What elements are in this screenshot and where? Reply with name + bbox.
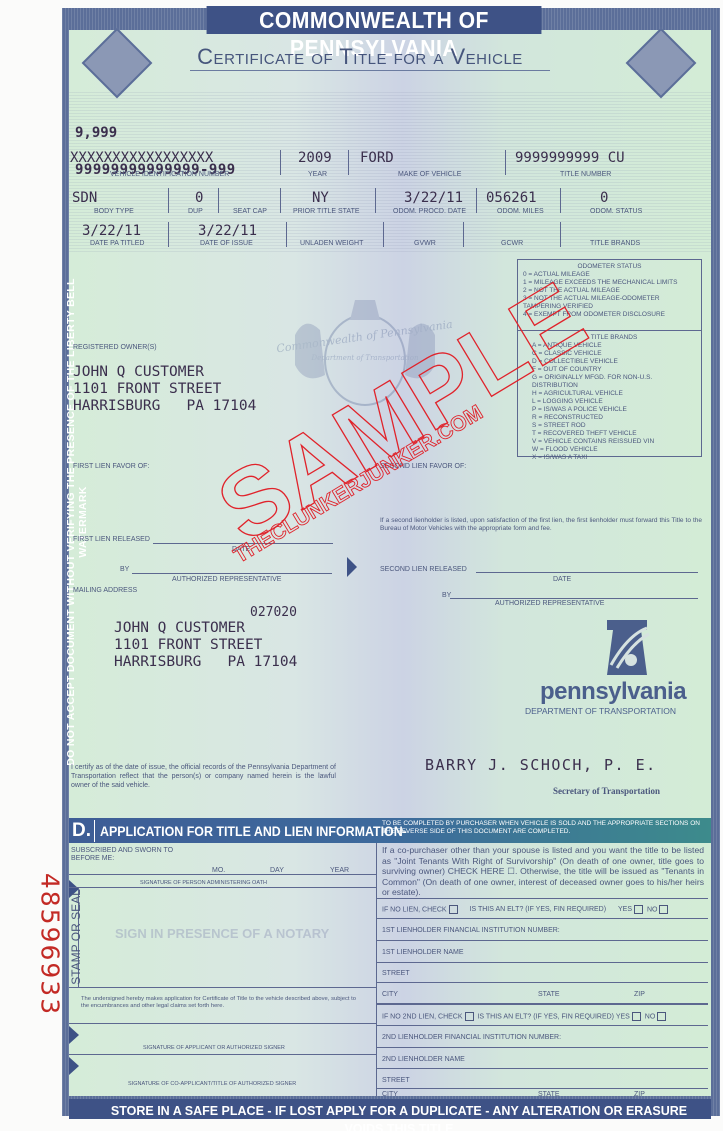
second-name-label[interactable]: 2ND LIENHOLDER NAME <box>382 1056 465 1063</box>
top-code: 9,999 <box>75 125 117 141</box>
arrow-marker-icon <box>347 557 357 577</box>
second-lien-released-label: SECOND LIEN RELEASED <box>380 566 467 573</box>
applicant-text: The undersigned hereby makes application… <box>81 996 356 1010</box>
divider <box>377 1068 708 1069</box>
divider <box>377 1003 708 1005</box>
second-fin-label[interactable]: 2ND LIENHOLDER FINANCIAL INSTITUTION NUM… <box>382 1034 561 1041</box>
odom-miles-label: ODOM. MILES <box>497 208 544 215</box>
certification-text: I certify as of the date of issue, the o… <box>71 763 336 790</box>
divider <box>286 222 287 247</box>
notary-note: SIGN IN PRESENCE OF A NOTARY <box>115 926 329 941</box>
signer-title: Secretary of Transportation <box>553 786 660 796</box>
divider <box>280 188 281 213</box>
no-2nd-lien-checkbox[interactable] <box>465 1012 474 1021</box>
no-2nd-lien-label: IF NO 2ND LIEN, CHECK <box>382 1013 463 1020</box>
applicant-signature-line[interactable] <box>69 1054 376 1055</box>
vin-label: VEHICLE IDENTIFICATION NUMBER <box>110 171 229 178</box>
odom-date-label: ODOM. PROCD. DATE <box>393 208 466 215</box>
divider <box>280 150 281 175</box>
date-label: DATE <box>553 576 571 583</box>
first-street-label[interactable]: STREET <box>382 970 410 977</box>
mailing-label: MAILING ADDRESS <box>73 587 137 594</box>
divider <box>218 188 219 213</box>
no-label: NO <box>645 1013 656 1020</box>
owner-block: JOHN Q CUSTOMER 1101 FRONT STREET HARRIS… <box>73 364 256 415</box>
serial-number: 48596933 <box>36 855 65 1035</box>
second-street-label[interactable]: STREET <box>382 1077 410 1084</box>
second-no-lien-row: IF NO 2ND LIEN, CHECK IS THIS AN ELT? (I… <box>382 1012 668 1021</box>
brand-item: P = IS/WAS A POLICE VEHICLE <box>532 406 696 414</box>
brand-item: W = FLOOD VEHICLE <box>532 446 696 454</box>
unladen-weight-label: UNLADEN WEIGHT <box>300 240 363 247</box>
no-lien-label: IF NO LIEN, CHECK <box>382 906 447 913</box>
odom-date-value: 3/22/11 <box>404 190 463 206</box>
date-of-issue-value: 3/22/11 <box>198 223 257 239</box>
year-value: 2009 <box>298 150 332 166</box>
mailing-city: HARRISBURG PA 17104 <box>114 654 297 671</box>
gvwr-label: GVWR <box>414 240 436 247</box>
divider <box>383 222 384 247</box>
date-pa-titled-value: 3/22/11 <box>82 223 141 239</box>
no-lien-checkbox[interactable] <box>449 905 458 914</box>
second-lien-date-line[interactable] <box>476 572 698 573</box>
odom-miles-value: 056261 <box>486 190 537 206</box>
divider <box>463 222 464 247</box>
brand-item: H = AGRICULTURAL VEHICLE <box>532 390 696 398</box>
elt2-no-checkbox[interactable] <box>657 1012 666 1021</box>
keystone-logo-icon <box>603 620 651 675</box>
year-label: YEAR <box>308 171 327 178</box>
prior-state-value: NY <box>312 190 329 206</box>
arrow-marker-icon <box>69 1057 79 1075</box>
mailing-name: JOHN Q CUSTOMER <box>114 620 297 637</box>
owner-label: REGISTERED OWNER(S) <box>73 344 157 351</box>
arrow-marker-icon <box>69 1026 79 1044</box>
sworn-label: SUBSCRIBED AND SWORN TO BEFORE ME: <box>71 847 191 863</box>
yes-label: YES <box>618 906 632 913</box>
divider <box>168 222 169 247</box>
make-label: MAKE OF VEHICLE <box>398 171 461 178</box>
penndot-wordmark: pennsylvania <box>540 678 686 706</box>
authorized-rep-label: AUTHORIZED REPRESENTATIVE <box>172 576 281 583</box>
mailing-block: JOHN Q CUSTOMER 1101 FRONT STREET HARRIS… <box>114 620 297 671</box>
brand-item: S = STREET ROD <box>532 422 696 430</box>
section-note: TO BE COMPLETED BY PURCHASER WHEN VEHICL… <box>382 820 700 835</box>
no-label: NO <box>647 906 658 913</box>
elt-no-checkbox[interactable] <box>659 905 668 914</box>
divider <box>375 188 376 213</box>
year-label: YEAR <box>330 867 349 874</box>
second-lien-rep-line[interactable] <box>450 598 698 599</box>
gcwr-label: GCWR <box>501 240 523 247</box>
divider <box>377 982 708 983</box>
oath-signature-line[interactable] <box>69 887 376 888</box>
seat-cap-label: SEAT CAP <box>233 208 267 215</box>
document-title: Certificate of Title for a Vehicle <box>150 44 570 70</box>
signer-name: BARRY J. SCHOCH, P. E. <box>425 756 657 774</box>
dup-value: 0 <box>195 190 203 206</box>
owner-street: 1101 FRONT STREET <box>73 381 256 398</box>
divider <box>348 150 349 175</box>
divider <box>377 940 708 941</box>
brand-item: X = IS/WAS A TAXI <box>532 454 696 462</box>
brand-item: T = RECOVERED THEFT VEHICLE <box>532 430 696 438</box>
second-lien-note: If a second lienholder is listed, upon s… <box>380 517 702 533</box>
date-of-issue-label: DATE OF ISSUE <box>200 240 253 247</box>
divider <box>476 188 477 213</box>
elt2-yes-checkbox[interactable] <box>632 1012 641 1021</box>
state-banner: COMMONWEALTH OF PENNSYLVANIA <box>207 6 542 34</box>
authorized-rep-label: AUTHORIZED REPRESENTATIVE <box>495 600 604 607</box>
first-fin-label[interactable]: 1ST LIENHOLDER FINANCIAL INSTITUTION NUM… <box>382 927 560 934</box>
body-type-value: SDN <box>72 190 97 206</box>
second-zip-label[interactable]: ZIP <box>634 1091 645 1098</box>
elt-question: IS THIS AN ELT? (IF YES, FIN REQUIRED) <box>470 906 607 913</box>
section-divider <box>376 843 377 1096</box>
title-brands-label: TITLE BRANDS <box>590 240 640 247</box>
divider <box>69 987 376 988</box>
stamp-seal-label: STAMP OR SEAL <box>69 887 83 987</box>
vin-value: XXXXXXXXXXXXXXXXX <box>70 150 213 166</box>
day-label: DAY <box>270 867 284 874</box>
second-city-label[interactable]: CITY <box>382 1091 398 1098</box>
first-name-label[interactable]: 1ST LIENHOLDER NAME <box>382 949 464 956</box>
divider <box>377 918 708 919</box>
second-state-label[interactable]: STATE <box>538 1091 560 1098</box>
first-lien-rep-line[interactable] <box>132 573 332 574</box>
title-number-label: TITLE NUMBER <box>560 171 611 178</box>
owner-city: HARRISBURG PA 17104 <box>73 398 256 415</box>
elt-question: IS THIS AN ELT? (IF YES, FIN REQUIRED) <box>477 1013 614 1020</box>
penndot-dept: DEPARTMENT OF TRANSPORTATION <box>525 706 676 716</box>
section-letter: D. <box>72 820 91 842</box>
title-number-value: 9999999999 CU <box>515 150 625 166</box>
applicant-signature-label: SIGNATURE OF APPLICANT OR AUTHORIZED SIG… <box>143 1045 285 1051</box>
by-label: BY <box>120 566 129 573</box>
joint-tenants-text[interactable]: If a co-purchaser other than your spouse… <box>382 845 704 898</box>
divider <box>560 222 561 247</box>
mailing-street: 1101 FRONT STREET <box>114 637 297 654</box>
divider <box>505 150 506 175</box>
yes-label: YES <box>616 1013 630 1020</box>
divider <box>377 1088 708 1089</box>
first-lien-released-label: FIRST LIEN RELEASED <box>73 536 150 543</box>
divider <box>377 1047 708 1048</box>
divider <box>377 962 708 963</box>
brand-item: V = VEHICLE CONTAINS REISSUED VIN <box>532 438 696 446</box>
oath-signature-label: SIGNATURE OF PERSON ADMINISTERING OATH <box>140 880 267 886</box>
brand-item: R = RECONSTRUCTED <box>532 414 696 422</box>
divider <box>69 1023 376 1024</box>
oath-date-line[interactable] <box>69 874 376 875</box>
first-zip-label[interactable]: ZIP <box>634 991 645 998</box>
first-city-label[interactable]: CITY <box>382 991 398 998</box>
divider <box>168 188 169 213</box>
divider <box>560 188 561 213</box>
dup-label: DUP <box>188 208 203 215</box>
first-lien-favor-label: FIRST LIEN FAVOR OF: <box>73 463 149 470</box>
mo-label: MO. <box>212 867 225 874</box>
first-no-lien-row: IF NO LIEN, CHECK IS THIS AN ELT? (IF YE… <box>382 905 670 914</box>
date-pa-titled-label: DATE PA TITLED <box>90 240 144 247</box>
brand-item: L = LOGGING VEHICLE <box>532 398 696 406</box>
odom-status-value: 0 <box>600 190 608 206</box>
section-title: APPLICATION FOR TITLE AND LIEN INFORMATI… <box>100 824 407 839</box>
first-state-label[interactable]: STATE <box>538 991 560 998</box>
bottom-warning: STORE IN A SAFE PLACE - IF LOST APPLY FO… <box>90 1102 708 1120</box>
mailing-code: 027020 <box>250 605 297 620</box>
title-underline <box>190 70 550 71</box>
owner-name: JOHN Q CUSTOMER <box>73 364 256 381</box>
make-value: FORD <box>360 150 394 166</box>
divider <box>377 898 708 899</box>
divider <box>377 1025 708 1026</box>
elt-yes-checkbox[interactable] <box>634 905 643 914</box>
body-type-label: BODY TYPE <box>94 208 134 215</box>
divider <box>94 820 95 842</box>
coapplicant-signature-label: SIGNATURE OF CO-APPLICANT/TITLE OF AUTHO… <box>128 1081 296 1087</box>
prior-state-label: PRIOR TITLE STATE <box>293 208 360 215</box>
odom-status-label: ODOM. STATUS <box>590 208 642 215</box>
